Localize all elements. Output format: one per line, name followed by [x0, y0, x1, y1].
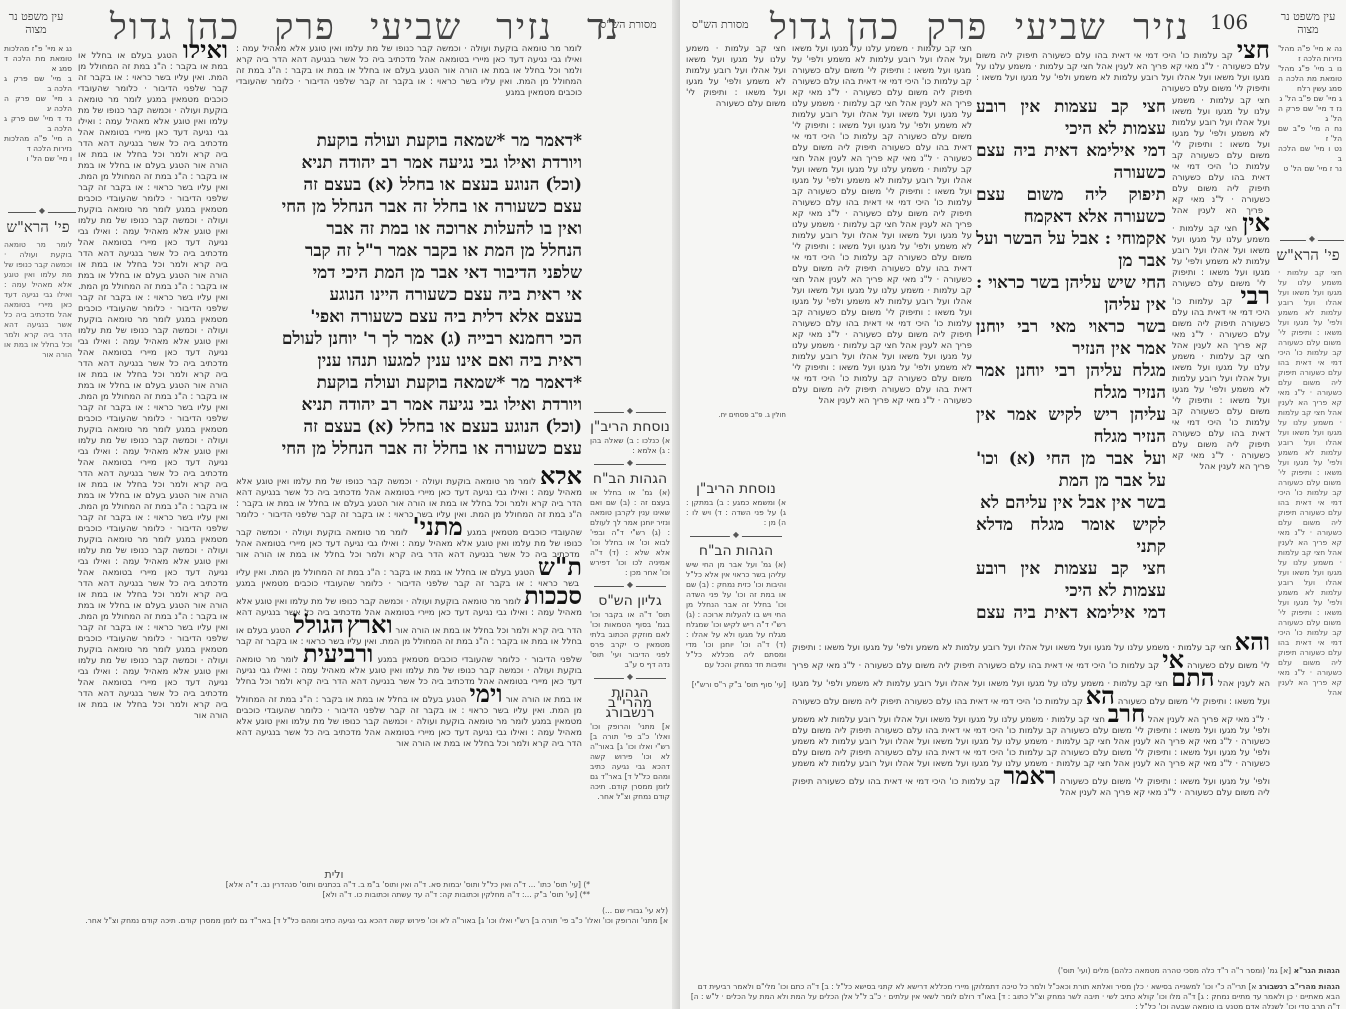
gemara-line: אי ראית ביה עצם כשעורה היינו הנוגע	[236, 284, 582, 306]
ranshburg-notes-text: א] תרי"ה כ"י וכו' למשנייה בסישא · כלן מס…	[691, 982, 1340, 1009]
ein-mishpat-item: נז ד מיי' שם פרק ה הל' ג	[1278, 104, 1342, 124]
side-section-text: א] מתני' והרופק וכו' ואלו' כ"ב פי' תורה …	[590, 722, 670, 802]
section-word-veha: והא	[1235, 636, 1270, 656]
ein-mishpat-item: ה מיי' פ"ה מהלכות נזירות הלכה ד	[4, 134, 72, 154]
section-word-deamar: ראמר	[1004, 761, 1057, 790]
gemara-line: דמי אילימא דאית ביה עצם כשעורה	[976, 140, 1166, 184]
side-section-title: נוסחת הריב"ן	[686, 484, 786, 494]
ein-mishpat-column-right: נה א מיי' פ"ה מהל' נזירות הלכה ז נו ב מי…	[1278, 44, 1342, 244]
ornament-divider	[1280, 240, 1344, 242]
rosh-text: קב עלמות כו' היכי דמי אי דאית בהו עלם כש…	[1278, 628, 1342, 697]
header-title-shvii: שביעי	[1015, 6, 1107, 48]
ornament-divider	[8, 212, 76, 214]
opening-word-right: חצי	[1237, 44, 1270, 64]
gemara-line: חצי קב עצמות אין רובע עצמות לא היכי	[976, 558, 1166, 602]
ornament-divider	[594, 586, 666, 588]
side-note: [עי' סוף תוס' ב"ק ר"ס ורש"י]	[686, 680, 786, 690]
side-section-text: תוס' ד"ה או בקבר וכו' בגמ' בסוף הטמאות ו…	[590, 610, 670, 670]
rosh-text: קב עלמות כו' היכי דמי אי דאית בהו עלם כש…	[1278, 488, 1342, 557]
ranshburg-notes-label: הגהות מהרי"ב רנשבורג	[1256, 982, 1340, 991]
running-header-right: כהן גדול פרק שביעי נזיר	[770, 6, 1190, 48]
commentary-text: לומר מר טומאה בוקעת ועולה · וכמשה קבר כנ…	[78, 425, 228, 501]
gemara-line: ועל אבר מן החי (א) וכו' על אבר מן המת	[976, 448, 1166, 492]
rashi-text: חצי קב עלמות · משמע עלנו על מגעו ועל משא…	[1172, 96, 1270, 161]
ornament-divider	[594, 464, 666, 466]
header-title-nazir: נזיר	[496, 6, 553, 48]
gemara-line: שלפני הדיבור דאי אבר מן המת היכי דמי	[236, 262, 582, 284]
section-word-ela: אלא	[540, 470, 582, 490]
section-word-vimei: וימי	[470, 679, 503, 708]
gemara-line: אקמוחי : אבל על הבשר ועל אבר מן	[976, 228, 1166, 272]
section-word-herev: חרב	[1108, 699, 1146, 728]
commentary-text: לומר מר טומאה בוקעת ועולה · וכמשה קבר כנ…	[78, 315, 228, 391]
catchword: ולית	[78, 870, 590, 880]
ornament-divider	[690, 536, 782, 538]
side-section-title: נוסחת הריב"ן	[590, 422, 670, 432]
rashi-column-right: חצי קב עלמות · משמע עלנו על מגעו ועל משא…	[1172, 96, 1270, 626]
footnote: (לא עי' גבורי שם ...)	[78, 906, 668, 916]
rosh-header-right: פי' הרא"ש	[1276, 246, 1340, 265]
ranshburg-notes: הגהות מהרי"ב רנשבורג א] תרי"ה כ"י וכו' ל…	[690, 982, 1340, 1009]
gemara-line: בעצם אלא דלית ביה עצם כשעורה ואפי'	[236, 306, 582, 328]
rosh-commentary-left: לומר מר טומאה בוקעת ועולה · וכמשה קבר כנ…	[4, 240, 72, 860]
commentary-text: לומר מר טומאה בוקעת ועולה · וכמשה קבר כנ…	[78, 645, 228, 721]
gemara-line: לקיש אומר מגלח מדלא קתני	[976, 514, 1166, 558]
rashi-lower-right: והא חצי קב עלמות · משמע עלנו על מגעו ועל…	[792, 636, 1270, 946]
right-page: מסורת הש"ס כהן גדול פרק שביעי נזיר 106 ע…	[680, 0, 1346, 1009]
running-header-left: כהן גדול פרק שביעי נזיר נד	[80, 6, 640, 48]
ein-mishpat-label-left: עין משפט נר מצוה	[6, 10, 66, 36]
gemara-line: תיפוק ליה משום עצם כשעורה אלא דאקמח	[976, 184, 1166, 228]
rosh-header-left: פי' הרא"ש	[4, 218, 72, 237]
rosh-commentary-right: חצי קב עלמות · משמע עלנו על מגעו ועל משא…	[1278, 268, 1342, 928]
ein-mishpat-item: נח ה מיי' פ"ב שם הל' ז	[1278, 124, 1342, 144]
side-section-text: א) כנלכו : ב) שאלה בהן : ג) אלמא :	[590, 436, 670, 456]
ein-mishpat-item: ו מיי' שם הל' ו	[4, 154, 72, 164]
gemara-line: ויורדת ואילו גבי נגיעה אמר רב יהודה תניא	[236, 152, 582, 174]
gra-notes-text: [א] גמ' (ומסר ר"ה ר"ד כלה מסכי טהרה מטמא…	[1058, 966, 1291, 975]
cross-reference: חולין ג. פ"ב פסחים יח.	[686, 410, 786, 420]
folio-number: נד	[587, 6, 620, 48]
gemara-line: *דאמר מר *שמאה בוקעת ועולה בוקעת	[236, 372, 582, 394]
rosh-text: קב עלמות כו' היכי דמי אי דאית בהו עלם כש…	[1278, 348, 1342, 417]
side-section-title: הגהות מהרי"ב רנשבורג	[590, 688, 670, 718]
masoret-label-right: מסורת הש"ס	[692, 18, 749, 31]
section-word-veeretz: וארץ	[347, 610, 393, 639]
header-title-nazir: נזיר	[1133, 6, 1190, 48]
gemara-line: עצם כשעורה או בחלל זה אבר הנחלל מן החי	[236, 438, 582, 460]
gemara-main-text-right: חצי קב עצמות אין רובע עצמות לא היכי דמי …	[976, 96, 1166, 626]
section-word-matni: מתני'	[412, 512, 462, 541]
header-title-perek: פרק	[274, 6, 336, 48]
header-title-kohen-gadol: כהן גדול	[110, 6, 240, 48]
gemara-line: בשר כראוי מאי רבי יוחנן אמר אין הנזיר	[976, 316, 1166, 360]
rosh-text: חצי קב עלמות · משמע עלנו על מגעו ועל משא…	[1278, 548, 1342, 627]
rashi-top-left: לומר מר טומאה בוקעת ועולה · וכמשה קבר כנ…	[236, 44, 582, 130]
side-notes-right: חצי קב עלמות · משמע עלנו על מגעו ועל משא…	[686, 44, 786, 924]
commentary-text: לומר מר טומאה בוקעת ועולה · וכמשה קבר כנ…	[78, 205, 228, 281]
side-section-text: א) ומשמא כמגע : ב) במתקן : ג) על פני השד…	[686, 498, 786, 528]
rashi-text: חצי קב עלמות · משמע עלנו על מגעו ועל משא…	[1172, 352, 1270, 417]
gemara-line: ראית ביה ואם אינו ענין למגעו תנהו ענין	[236, 350, 582, 372]
section-word-sechachot: סככות	[524, 581, 582, 610]
rosh-text: חצי קב עלמות · משמע עלנו על מגעו ועל משא…	[1278, 408, 1342, 487]
side-section-title: הגהות הב"ח	[590, 474, 670, 484]
gemara-line: הנחלל מן המת או בקבר אמר ר"ל זה קבר	[236, 240, 582, 262]
page-number: 106	[1210, 10, 1248, 34]
gemara-line: (וכל) הנוגע בעצם או בחלל (א) בעצם זה	[236, 174, 582, 196]
opening-word-left: ואילו	[183, 44, 228, 64]
bottom-notes-left: (לא עי' גבורי שם ...) א] מתני' והרופק וכ…	[78, 906, 668, 926]
ein-mishpat-item: נו ב מיי' פ"ג מהל' טומאת מת הלכה ה סמג ע…	[1278, 64, 1342, 94]
ein-mishpat-item: ג מיי' שם פ"ב הל' ג	[1278, 94, 1342, 104]
commentary-text: חצי קב עלמות · משמע עלנו על מגעו ועל משא…	[686, 44, 786, 110]
ornament-divider	[594, 678, 666, 680]
ein-mishpat-item: ג מיי' שם פרק ה הלכה יג	[4, 94, 72, 114]
gemara-line: החי שיש עליהן בשר כראוי : אין עליהן	[976, 272, 1166, 316]
gemara-line: ואין בו להעלות ארוכה או במת זה אבר	[236, 218, 582, 240]
commentary-text: לומר מר טומאה בוקעת ועולה · וכמשה קבר כנ…	[78, 535, 228, 611]
gemara-main-text-left: *דאמר מר *שמאה בוקעת ועולה בוקעת ויורדת …	[236, 130, 582, 470]
gemara-line: הכי רחמנא רבייה (ג) אמר לך ר' יוחנן לעול…	[236, 328, 582, 350]
ein-mishpat-item: נד ד מיי' שם פרק ג הלכה ב	[4, 114, 72, 134]
ornament-divider	[594, 412, 666, 414]
gemara-line: דמי אילימא דאית ביה עצם כשעורה	[976, 602, 1166, 626]
section-word-hagolel: הגולל	[294, 610, 344, 639]
section-word-revi-it: ורביעית	[303, 639, 373, 668]
gemara-line: *דאמר מר *שמאה בוקעת ועולה בוקעת	[236, 130, 582, 152]
section-word-ein: אין	[1242, 208, 1270, 237]
tosafot-column-left: ואילו הטגע בעלם או בחלל או במת או בקבר :…	[78, 44, 228, 884]
side-section-title: גליון הש"ס	[590, 596, 670, 606]
side-section-text: (א) גמ' ועל אבר מן החי שיש עליהן בשר כרא…	[686, 560, 786, 670]
rosh-text: חצי קב עלמות · משמע עלנו על מגעו ועל משא…	[1278, 268, 1342, 347]
side-notes-left: נוסחת הריב"ן א) כנלכו : ב) שאלה בהן : ג)…	[590, 44, 670, 864]
footnotes-left: ולית *) [עי' תוס' כתו' ... ד"ה ואין כל"ל…	[78, 870, 590, 900]
gemara-line: (וכל) הנוגע בעצם או בחלל (א) בעצם זה	[236, 416, 582, 438]
section-word-rabbi: רבי	[1240, 281, 1270, 310]
header-title-shvii: שביעי	[370, 6, 462, 48]
gra-notes-label: הגהות הגר"א	[1291, 966, 1340, 975]
section-word-hatam: התם	[1171, 663, 1214, 692]
footnote: א] מתני' והרופק וכו' ואלו' כ"ב פי' תורה …	[78, 916, 668, 926]
tosafot-column-right: חצי קב עלמות · משמע עלנו על מגעו ועל משא…	[792, 44, 972, 634]
ein-mishpat-item: ב מיי' שם פרק ג הלכה ב	[4, 74, 72, 94]
gemara-line: עליהן ריש לקיש אמר אין הנזיר מגלח	[976, 404, 1166, 448]
side-section-title: הגהות הב"ח	[686, 546, 786, 556]
ein-mishpat-column-left: נג א מיי' פ"ז מהלכות טומאת מת הלכה ד סמג…	[4, 44, 72, 164]
section-word-tash: ת"ש	[538, 552, 582, 581]
ein-mishpat-label-right: עין משפט נר מצוה	[1278, 10, 1338, 36]
commentary-text: לומר מר טומאה בוקעת ועולה · וכמשה קבר כנ…	[78, 95, 228, 171]
header-title-perek: פרק	[927, 6, 989, 48]
rashi-top-right: חצי קב עלמות כו' היכי דמי אי דאית בהו על…	[976, 44, 1270, 96]
gemara-line: בשר אין אבל אין עליהם לא	[976, 492, 1166, 514]
gemara-line: חצי קב עצמות אין רובע עצמות לא היכי	[976, 96, 1166, 140]
gra-notes: הגהות הגר"א [א] גמ' (ומסר ר"ה ר"ד כלה מס…	[690, 966, 1340, 976]
ein-mishpat-item: נג א מיי' פ"ז מהלכות טומאת מת הלכה ד סמג…	[4, 44, 72, 74]
rashi-lower-left: אלא לומר מר טומאה בוקעת ועולה · וכמשה קב…	[236, 470, 582, 870]
gemara-line: עצם כשעורה או בחלל זה אבר הנחלל מן החי	[236, 196, 582, 218]
footnote: **) [עי' תוס' ב"ק ...: ד"ה מחלקין וכתובו…	[78, 890, 590, 900]
gemara-line: מגלח עליהן רבי יוחנן אמר הנזיר מגלח	[976, 360, 1166, 404]
ein-mishpat-item: נר ז מיי' שם הל' ט	[1278, 164, 1342, 174]
commentary-text: חצי קב עלמות · משמע עלנו על מגעו ועל משא…	[792, 44, 972, 76]
left-page: מסורת הש"ס כהן גדול פרק שביעי נזיר נד עי…	[0, 0, 680, 1009]
header-title-kohen-gadol: כהן גדול	[770, 6, 900, 48]
footnote: *) [עי' תוס' כתו' ... ד"ה ואין כל"ל ותוס…	[78, 880, 590, 890]
ein-mishpat-item: נה א מיי' פ"ה מהל' נזירות הלכה ז	[1278, 44, 1342, 64]
gemara-line: ויורדת ואילו גבי נגיעה אמר רב יהודה תניא	[236, 394, 582, 416]
ein-mishpat-item: נט ו מיי' שם הלכה ב	[1278, 144, 1342, 164]
side-section-text: (א) גמ' או בחלל או בעצם זה : (ב) שם ואם …	[590, 488, 670, 578]
